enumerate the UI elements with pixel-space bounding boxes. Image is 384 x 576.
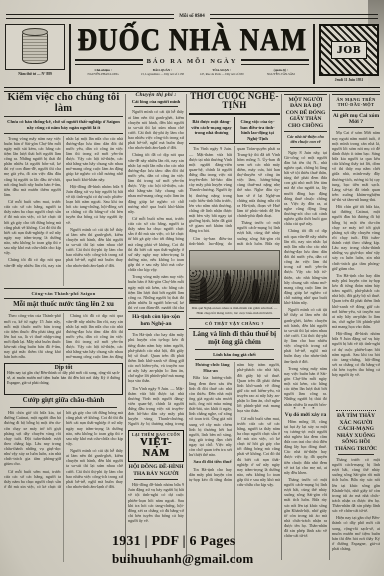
headline-thuoc-nuoc: Mỗi mặt thuốc nước tăng lên 2 xu	[4, 301, 123, 309]
body-dan-ba: Ngày 8 Juin nầy, tại Gò-công có một ngườ…	[284, 150, 327, 406]
headline-cuop-giut: Cướp giựt giữa châu-thành	[4, 397, 123, 405]
column-thoi-cuoc: THỜI CUỘC NGHỆ-TỊNH Bắt được một đảng-vi…	[189, 92, 280, 562]
newspaper-logo	[5, 24, 65, 70]
body-paragraph: Trong vòng mấy năm nay việc buôn bán ở S…	[4, 136, 61, 198]
body-paragraph: Ngày 8 Juin nầy, tại Gò-công có một ngườ…	[284, 150, 327, 227]
deck-lang-linh: Lính bắn ông già chết	[189, 352, 280, 358]
rule	[75, 59, 143, 65]
body-ha-tinh: Tin Hà-tịnh cho hay dân mấy phủ huyện cò…	[128, 332, 184, 428]
headline-ha-tinh: Hà-tịnh còn lộn-xộn hơn Nghệ-an	[128, 311, 184, 330]
masthead-subtitle-row: BÁO RA MỖI NGÀY	[75, 58, 309, 65]
office-address: 13, Lagrandière — Dây nói số 1138	[134, 72, 190, 76]
rule	[195, 349, 274, 350]
watermark-line2: buihuuhanh@gmail.com	[112, 551, 253, 567]
body-paragraph: Hội-đồng đề-hình nhóm bữa 9 Juin đặng xử…	[128, 482, 184, 523]
subhead-thi-phi: Cái lòng của người mình	[128, 99, 184, 105]
headline-hoi-dong: HỘI ĐỒNG ĐỀ-HÌNH THA BẢY NGƯỜI	[128, 464, 184, 477]
body-paragraph: Người mình có cái tật hễ thấy ai làm nên…	[128, 109, 184, 150]
ad-dip-tot: Dịp tốt Hiện nay tại gần chợ Bến-thành c…	[4, 363, 123, 395]
body-paragraph: Cứ mỗi buổi sớm mai, trước cửa các sở cá…	[237, 416, 280, 488]
director-name: NGUYỄN-PHAN-LONG	[75, 72, 131, 76]
kicker-an-mang: ÁN MẠNG TRÊN THỦ-DẦU-MỘT	[332, 94, 380, 111]
deck-thoi-cuoc-right: Công việc của ủy-ban điều-tra tình-hình …	[234, 117, 280, 144]
body-paragraph: Tin Hà-tịnh cho hay dân mấy phủ huyện cò…	[128, 332, 184, 383]
price-row: Mỗi số 0$04	[6, 14, 378, 19]
news-photo	[189, 250, 280, 304]
dotted-divider	[336, 410, 376, 411]
column-divider	[281, 94, 282, 560]
kicker-thi-phi: Chuyện thị phi :	[128, 92, 184, 99]
masthead-right: JOB Jeudi 11 Juin 1931	[319, 24, 379, 84]
issue-number: Năm thứ tư — N° 889	[5, 72, 65, 76]
column-an-mang: ÁN MẠNG TRÊN THỦ-DẦU-MỘT Ai giết mụ Cai …	[332, 92, 380, 562]
body-paragraph: Tin Hà-tịnh cho hay dân mấy phủ huyện cò…	[332, 273, 380, 329]
watermark-line1: 1931 | PDF | 6 Pages	[112, 533, 253, 551]
rule	[241, 59, 309, 65]
body-kiem-viec: Trong vòng mấy năm nay việc buôn bán ở S…	[4, 136, 123, 286]
torch-logo-top	[22, 28, 48, 36]
price-per-issue: Mỗi số 0$04	[179, 14, 205, 19]
body-paragraph: Tin Vinh ngày 9 Juin. — Mật-thám vừa bắt…	[128, 386, 184, 429]
body-paragraph: Người mình có cái tật hễ thấy ai làm nên…	[66, 448, 123, 489]
office-cluster: BÁO-QUÁN : 13, Lagrandière — Dây nói số …	[134, 68, 190, 76]
rule	[6, 14, 174, 19]
body-paragraph: Hiện nay tại gần chợ Bến-thành có dãy ph…	[332, 515, 380, 551]
headline-dan-ba: MỘT NGƯỜI ĐÀN BÀ ĐỢ CON ĐỂ ĐÓNG GIẤY THÂ…	[284, 94, 327, 132]
body-thoi-cuoc: Tin Vinh ngày 9 Juin. — Mật-thám vừa bắt…	[189, 146, 280, 250]
rule	[10, 407, 117, 408]
deck-kiem-viec: Chưa có bản thống-kê, chớ số người thất-…	[4, 116, 123, 133]
body-paragraph: Trong vòng mấy năm nay việc buôn bán ở S…	[128, 274, 184, 309]
rule	[290, 147, 321, 148]
body-paragraph: Hội-đồng đề-hình nhóm bữa 9 Juin đặng xử…	[332, 331, 380, 377]
body-paragraph: Hồi chín giờ tối bữa kia, tại đường Cati…	[332, 204, 380, 271]
body-paragraph: Trong vòng mấy năm nay việc buôn bán ở S…	[284, 366, 327, 406]
masthead-subtitle: BÁO RA MỖI NGÀY	[147, 58, 238, 65]
rule	[189, 113, 280, 115]
decks-thoi-cuoc: Bắt được một đảng-viên cách-mạng ngay tr…	[189, 117, 280, 145]
newspaper-title: ĐUỐC NHÀ NAM	[77, 24, 306, 56]
body-paragraph: Hồi chín giờ tối bữa kia, tại đường Cati…	[4, 410, 61, 466]
body-thi-phi: Người mình có cái tật hễ thấy ai làm nên…	[128, 109, 184, 309]
rule	[195, 359, 274, 360]
masthead-info-row: Chủ-nhiệm : NGUYỄN-PHAN-LONG BÁO-QUÁN : …	[75, 68, 309, 76]
body-paragraph: Mụ Cai ở xóm Mới năm nay ngoài năm mươi …	[332, 130, 380, 202]
body-paragraph: Cứ mỗi buổi sớm mai, trước cửa các sở cá…	[128, 216, 184, 272]
body-cuop-giut: Hồi chín giờ tối bữa kia, tại đường Cati…	[4, 410, 123, 562]
headline-ai-giet: Ai giết mụ Cai xóm Mới ?	[332, 113, 380, 126]
body-paragraph: Người mình có cái tật hễ thấy ai làm nên…	[284, 307, 327, 363]
ad-viet-nam-line2: VIỆT-NAM	[130, 437, 182, 459]
body-cach-mang: Tháng trước có một người cách-mạng bị lí…	[332, 457, 380, 562]
archive-watermark: 1931 | PDF | 6 Pages buihuuhanh@gmail.co…	[112, 533, 253, 567]
body-paragraph: Cứ mỗi buổi sớm mai, trước cửa các sở cá…	[4, 199, 61, 255]
body-paragraph: Bữa kia hương-chức làng đem theo sáu tên…	[189, 375, 232, 457]
column-kiem-viec: Kiếm việc cho chúng tôi làm Chưa có bản …	[4, 92, 123, 562]
manager-cluster: (quản-lý) : NGUYỄN-VĂN-SÂM	[253, 68, 309, 76]
stars-separator: * * *	[284, 407, 327, 412]
subhead-lang-linh-2: Sau đi đòi tiền thuế	[189, 459, 232, 465]
masthead-center: ĐUỐC NHÀ NAM BÁO RA MỖI NGÀY Chủ-nhiệm :…	[69, 24, 315, 84]
kicker-an-mang-line2: THỦ-DẦU-MỘT	[333, 102, 379, 107]
kicker-lang-linh: CÓ THẬT VẬY CHĂNG ?	[189, 318, 280, 329]
torch-logo-icon	[22, 30, 48, 64]
rule	[134, 106, 178, 107]
column-divider	[186, 94, 187, 560]
column-divider	[125, 94, 126, 560]
body-paragraph: Tin Vinh ngày 9 Juin. — Mật-thám vừa bắt…	[189, 146, 232, 233]
photo-figure	[252, 279, 259, 303]
body-paragraph: Tháng trước có một người cách-mạng bị lí…	[284, 477, 327, 539]
photo-caption: Dân quê Nghệ-an kéo nhau ra tỉnh-thành x…	[189, 304, 280, 315]
issue-date: Jeudi 11 Juin 1931	[319, 78, 379, 82]
body-paragraph: Theo công-văn của Thành-phố mới ra, kể t…	[4, 313, 61, 359]
headline-thoi-cuoc: THỜI CUỘC NGHỆ-TỊNH	[189, 92, 280, 111]
kicker-thuoc-nuoc: Công-văn Thành-phố Saigon	[4, 288, 123, 299]
headline-cach-mang: ĐÃ TÌM THẤY XÁC NGƯỜI CÁCH-MẠNG NHẢY XUỐ…	[332, 413, 380, 452]
body-paragraph: Hội-đồng đề-hình nhóm bữa 9 Juin đặng xử…	[66, 184, 123, 225]
photo-figure	[224, 273, 231, 303]
redaction-address: 147, Rue de Paris — Dây nói số 930	[194, 72, 250, 76]
subhead-lang-linh-1: Hương-chức làng Hòa-an	[189, 362, 232, 373]
body-thuoc-nuoc: Theo công-văn của Thành-phố mới ra, kể t…	[4, 313, 123, 361]
deck-thoi-cuoc-left: Bắt được một đảng-viên cách-mạng ngay tr…	[189, 117, 234, 144]
rule	[210, 14, 378, 19]
job-ad-box: JOB	[319, 24, 379, 76]
body-paragraph: Hôm mồng 10, cũng tại hạt ấy lại xảy ra …	[284, 419, 327, 475]
ad-viet-nam: LẠI THÊM BAO CUỐN VIỆT-NAM	[128, 430, 184, 462]
column-dan-ba: MỘT NGƯỜI ĐÀN BÀ ĐỢ CON ĐỂ ĐÓNG GIẤY THÂ…	[284, 92, 327, 562]
headline-kiem-viec: Kiếm việc cho chúng tôi làm	[4, 92, 123, 114]
rule	[10, 310, 117, 311]
rule	[338, 127, 374, 128]
body-paragraph: Chúng tôi đã có dịp nói qua vấn-đề nầy n…	[284, 228, 327, 305]
body-an-mang: Mụ Cai ở xóm Mới năm nay ngoài năm mươi …	[332, 130, 380, 408]
manager-name: NGUYỄN-VĂN-SÂM	[253, 72, 309, 76]
column-divider	[329, 94, 330, 560]
photo-figure	[200, 277, 207, 303]
body-paragraph: Chúng tôi đã có dịp nói qua vấn-đề nầy n…	[128, 152, 184, 214]
redaction-cluster: TÒA-SOẠN : 147, Rue de Paris — Dây nói s…	[194, 68, 250, 76]
job-ad-brand: JOB	[331, 41, 367, 59]
rule	[134, 479, 178, 480]
body-paragraph: Người mình có cái tật hễ thấy ai làm nên…	[66, 227, 123, 268]
rule	[338, 454, 374, 455]
newspaper-page: Mỗi số 0$04 Năm thứ tư — N° 889 ĐUỐC NHÀ…	[0, 0, 384, 576]
body-vu-do: Hôm mồng 10, cũng tại hạt ấy lại xảy ra …	[284, 419, 327, 562]
body-paragraph: Tháng trước có một người cách-mạng bị lí…	[332, 457, 380, 513]
masthead: Năm thứ tư — N° 889 ĐUỐC NHÀ NAM BÁO RA …	[5, 24, 379, 84]
headline-lang-linh: Làng và lính đi thâu thuế bị một ông già…	[189, 331, 280, 346]
deck-dan-ba: Các nhà từ-thiện cho tiền chuộc con về	[284, 134, 327, 145]
masthead-left: Năm thứ tư — N° 889	[5, 24, 65, 84]
body-dip-tot: Hiện nay tại gần chợ Bến-thành có dãy ph…	[7, 371, 120, 385]
column-thi-phi: Chuyện thị phi : Cái lòng của người mình…	[128, 92, 184, 562]
director-cluster: Chủ-nhiệm : NGUYỄN-PHAN-LONG	[75, 68, 131, 76]
body-paragraph: Chúng tôi đã có dịp nói qua vấn-đề nầy n…	[66, 313, 123, 361]
